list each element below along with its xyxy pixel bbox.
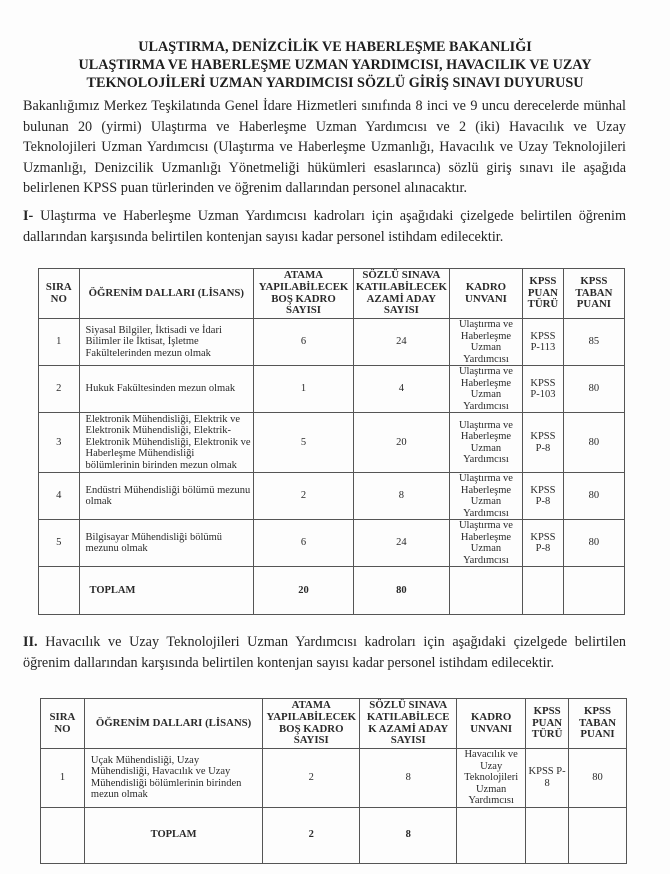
title-line-2: ULAŞTIRMA VE HABERLEŞME UZMAN YARDIMCISI… — [0, 56, 670, 74]
document-title: ULAŞTIRMA, DENİZCİLİK VE HABERLEŞME BAKA… — [0, 38, 670, 92]
total-empty-cell — [523, 567, 564, 615]
bos-kadro-cell: 5 — [254, 413, 354, 473]
ogrenim-dali-cell: Hukuk Fakültesinden mezun olmak — [79, 366, 254, 413]
kadro-unvani-cell: Ulaştırma ve Haberleşme Uzman Yardımcısı — [449, 473, 522, 520]
kadro-unvani-cell: Ulaştırma ve Haberleşme Uzman Yardımcısı — [449, 366, 522, 413]
azami-aday-cell: 20 — [353, 413, 449, 473]
header-puan-turu: KPSS PUAN TÜRÜ — [523, 269, 564, 319]
sira-no-cell: 1 — [39, 319, 80, 366]
section-2-paragraph: II. Havacılık ve Uzay Teknolojileri Uzma… — [23, 632, 626, 673]
total-label-cell: TOPLAM — [84, 807, 262, 863]
puan-turu-cell: KPSS P-8 — [523, 520, 564, 567]
header-puan-turu: KPSS PUAN TÜRÜ — [526, 699, 569, 749]
total-empty-cell — [563, 567, 624, 615]
header-kadro-unvani: KADRO UNVANI — [449, 269, 522, 319]
bos-kadro-cell: 1 — [254, 366, 354, 413]
puan-turu-cell: KPSS P-8 — [523, 413, 564, 473]
puan-turu-cell: KPSS P-8 — [526, 749, 569, 808]
table-havacilik-uzman-yardimcisi: SIRA NO ÖĞRENİM DALLARI (LİSANS) ATAMA Y… — [40, 698, 627, 864]
taban-puani-cell: 80 — [563, 413, 624, 473]
azami-aday-cell: 4 — [353, 366, 449, 413]
ogrenim-dali-cell: Uçak Mühendisliği, Uzay Mühendisliği, Ha… — [84, 749, 262, 808]
header-bos-kadro: ATAMA YAPILABİLECEK BOŞ KADRO SAYISI — [263, 699, 360, 749]
total-label-cell: TOPLAM — [79, 567, 254, 615]
section-1-paragraph: I- Ulaştırma ve Haberleşme Uzman Yardımc… — [23, 206, 626, 247]
table-row: 5Bilgisayar Mühendisliği bölümü mezunu o… — [39, 520, 625, 567]
header-azami-aday: SÖZLÜ SINAVA KATILABİLECE K AZAMİ ADAY S… — [360, 699, 457, 749]
header-bos-kadro: ATAMA YAPILABİLECEK BOŞ KADRO SAYISI — [254, 269, 354, 319]
puan-turu-cell: KPSS P-103 — [523, 366, 564, 413]
kadro-unvani-cell: Ulaştırma ve Haberleşme Uzman Yardımcısı — [449, 319, 522, 366]
bos-kadro-cell: 2 — [263, 749, 360, 808]
header-sira-no: SIRA NO — [39, 269, 80, 319]
kadro-unvani-cell: Havacılık ve Uzay Teknolojileri Uzman Ya… — [457, 749, 526, 808]
azami-aday-cell: 24 — [353, 520, 449, 567]
total-candidates-cell: 80 — [353, 567, 449, 615]
puan-turu-cell: KPSS P-8 — [523, 473, 564, 520]
ogrenim-dali-cell: Elektronik Mühendisliği, Elektrik ve Ele… — [79, 413, 254, 473]
section-1-text: Ulaştırma ve Haberleşme Uzman Yardımcısı… — [23, 208, 626, 245]
azami-aday-cell: 8 — [360, 749, 457, 808]
bos-kadro-cell: 2 — [254, 473, 354, 520]
ogrenim-dali-cell: Endüstri Mühendisliği bölümü mezunu olma… — [79, 473, 254, 520]
total-candidates-cell: 8 — [360, 807, 457, 863]
table-row: 1Siyasal Bilgiler, İktisadi ve İdari Bil… — [39, 319, 625, 366]
sira-no-cell: 2 — [39, 366, 80, 413]
table-header-row: SIRA NO ÖĞRENİM DALLARI (LİSANS) ATAMA Y… — [41, 699, 627, 749]
ogrenim-dali-cell: Bilgisayar Mühendisliği bölümü mezunu ol… — [79, 520, 254, 567]
table-total-row: TOPLAM2080 — [39, 567, 625, 615]
ogrenim-dali-cell: Siyasal Bilgiler, İktisadi ve İdari Bili… — [79, 319, 254, 366]
header-taban-puani: KPSS TABAN PUANI — [569, 699, 627, 749]
taban-puani-cell: 85 — [563, 319, 624, 366]
total-positions-cell: 2 — [263, 807, 360, 863]
puan-turu-cell: KPSS P-113 — [523, 319, 564, 366]
sira-no-cell: 4 — [39, 473, 80, 520]
total-positions-cell: 20 — [254, 567, 354, 615]
section-2-text: Havacılık ve Uzay Teknolojileri Uzman Ya… — [23, 634, 626, 671]
sira-no-cell: 5 — [39, 520, 80, 567]
title-line-3: TEKNOLOJİLERİ UZMAN YARDIMCISI SÖZLÜ GİR… — [0, 74, 670, 92]
total-empty-cell — [569, 807, 627, 863]
section-2-label: II. — [23, 634, 38, 650]
bos-kadro-cell: 6 — [254, 520, 354, 567]
sira-no-cell: 3 — [39, 413, 80, 473]
taban-puani-cell: 80 — [563, 366, 624, 413]
header-azami-aday: SÖZLÜ SINAVA KATILABİLECEK AZAMİ ADAY SA… — [353, 269, 449, 319]
intro-paragraph: Bakanlığımız Merkez Teşkilatında Genel İ… — [23, 96, 626, 199]
table-row: 1Uçak Mühendisliği, Uzay Mühendisliği, H… — [41, 749, 627, 808]
total-empty-cell — [39, 567, 80, 615]
table-row: 2Hukuk Fakültesinden mezun olmak14Ulaştı… — [39, 366, 625, 413]
header-kadro-unvani: KADRO UNVANI — [457, 699, 526, 749]
taban-puani-cell: 80 — [563, 520, 624, 567]
total-empty-cell — [41, 807, 85, 863]
header-sira-no: SIRA NO — [41, 699, 85, 749]
table-header-row: SIRA NO ÖĞRENİM DALLARI (LİSANS) ATAMA Y… — [39, 269, 625, 319]
header-ogrenim-dallari: ÖĞRENİM DALLARI (LİSANS) — [84, 699, 262, 749]
total-empty-cell — [457, 807, 526, 863]
table-row: 4Endüstri Mühendisliği bölümü mezunu olm… — [39, 473, 625, 520]
kadro-unvani-cell: Ulaştırma ve Haberleşme Uzman Yardımcısı — [449, 520, 522, 567]
sira-no-cell: 1 — [41, 749, 85, 808]
table-row: 3Elektronik Mühendisliği, Elektrik ve El… — [39, 413, 625, 473]
taban-puani-cell: 80 — [569, 749, 627, 808]
total-empty-cell — [526, 807, 569, 863]
azami-aday-cell: 8 — [353, 473, 449, 520]
header-ogrenim-dallari: ÖĞRENİM DALLARI (LİSANS) — [79, 269, 254, 319]
bos-kadro-cell: 6 — [254, 319, 354, 366]
title-line-1: ULAŞTIRMA, DENİZCİLİK VE HABERLEŞME BAKA… — [0, 38, 670, 56]
taban-puani-cell: 80 — [563, 473, 624, 520]
azami-aday-cell: 24 — [353, 319, 449, 366]
header-taban-puani: KPSS TABAN PUANI — [563, 269, 624, 319]
table-total-row: TOPLAM28 — [41, 807, 627, 863]
section-1-label: I- — [23, 208, 33, 224]
table-uh-uzman-yardimcisi: SIRA NO ÖĞRENİM DALLARI (LİSANS) ATAMA Y… — [38, 268, 625, 615]
total-empty-cell — [449, 567, 522, 615]
kadro-unvani-cell: Ulaştırma ve Haberleşme Uzman Yardımcısı — [449, 413, 522, 473]
